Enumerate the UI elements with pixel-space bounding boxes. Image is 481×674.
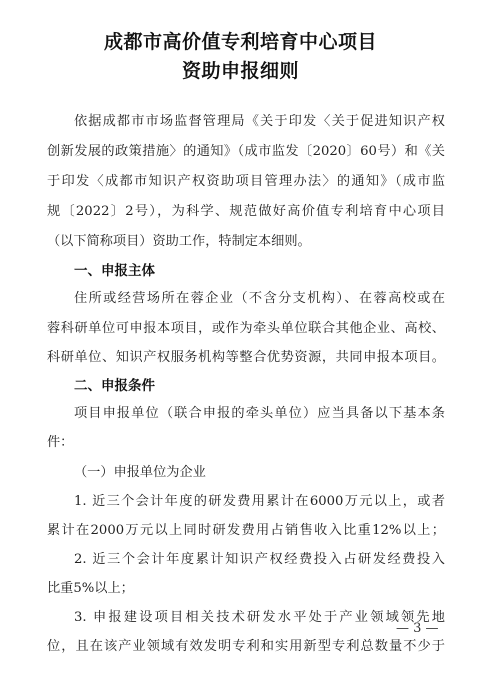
section2-intro-line: 项目申报单位（联合申报的牵头单位）应当具备以下基本条: [74, 405, 445, 423]
document-title-line2: 资助申报细则: [0, 56, 481, 83]
subheading-enterprise: （一）申报单位为企业: [74, 464, 445, 482]
intro-paragraph-line: （以下简称项目）资助工作，特制定本细则。: [47, 233, 445, 251]
section1-paragraph-line: 住所或经营场所在蓉企业（不含分支机构）、在蓉高校或在: [74, 290, 445, 308]
section1-paragraph-line: 蓉科研单位可申报本项目，或作为牵头单位联合其他企业、高校、: [47, 320, 445, 338]
section1-paragraph-line: 科研单位、知识产权服务机构等整合优势资源，共同申报本项目。: [47, 349, 445, 367]
condition-item-line: 3. 申报建设项目相关技术研发水平处于产业领域领先地: [74, 609, 445, 627]
intro-paragraph-line: 依据成都市市场监督管理局《关于印发〈关于促进知识产权: [74, 113, 445, 131]
intro-paragraph-line: 规〔2022〕2号），为科学、规范做好高价值专利培育中心项目: [47, 203, 445, 221]
section-heading-applicant: 一、申报主体: [74, 262, 155, 280]
intro-paragraph-line: 创新发展的政策措施〉的通知》（成市监发〔2020〕60号）和《关: [47, 143, 445, 161]
condition-item-line: 比重5%以上；: [47, 580, 445, 598]
section2-intro-line: 件：: [47, 434, 445, 452]
condition-item-line: 2. 近三个会计年度累计知识产权经费投入占研发经费投入: [74, 551, 445, 569]
page-number: — 3 —: [396, 621, 439, 636]
intro-paragraph-line: 于印发〈成都市知识产权资助项目管理办法〉的通知》（成市监: [47, 173, 445, 191]
document-title-line1: 成都市高价值专利培育中心项目: [0, 27, 481, 54]
section-heading-conditions: 二、申报条件: [74, 377, 155, 395]
condition-item-line: 累计在2000万元以上同时研发费用占销售收入比重12%以上；: [47, 522, 445, 540]
condition-item-line: 1. 近三个会计年度的研发费用累计在6000万元以上，或者: [74, 493, 445, 511]
condition-item-line: 位，且在该产业领域有效发明专利和实用新型专利总数量不少于: [47, 638, 445, 656]
